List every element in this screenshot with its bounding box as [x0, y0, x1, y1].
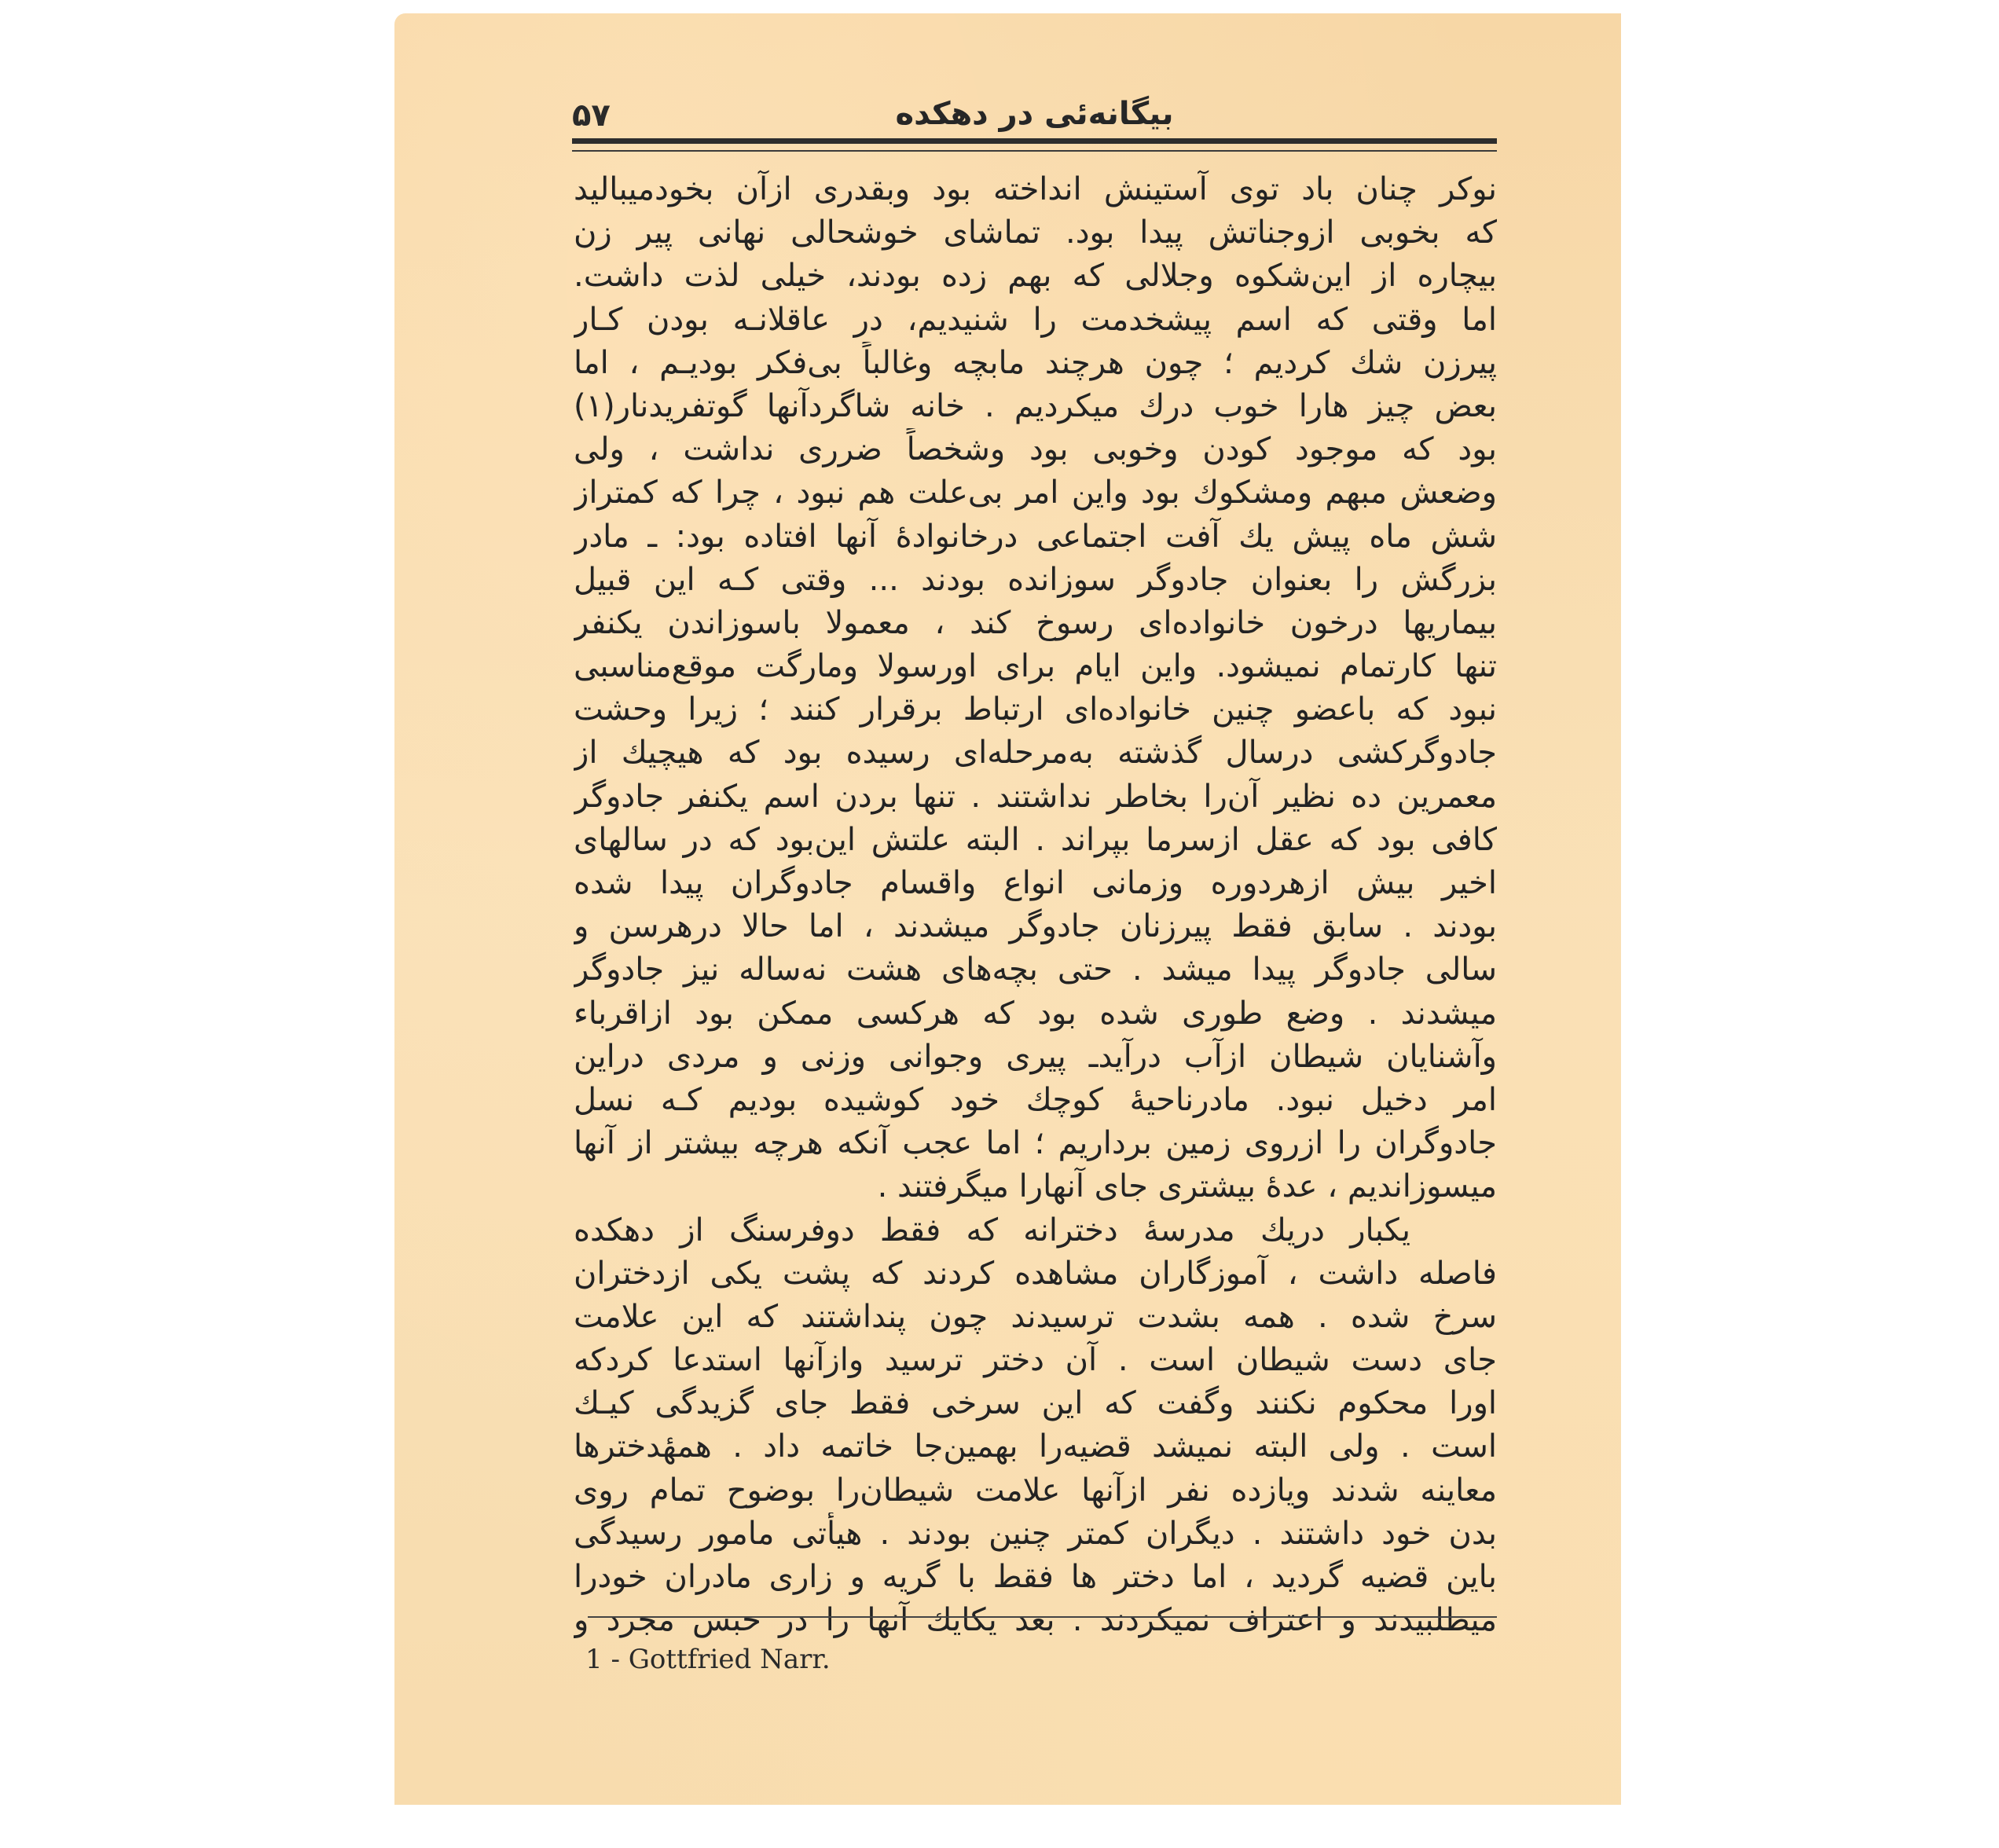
text-line: امر دخیل نبود. مادرناحیهٔ کوچك خود کوشید… — [574, 1079, 1497, 1122]
text-line: تنها کارتمام نمیشود. واین ایام برای اورس… — [574, 645, 1497, 688]
text-line: اما وقتی که اسم پیشخدمت را شنیدیم، در عا… — [574, 299, 1497, 342]
text-line: جای دست شیطان است . آن دختر ترسید وازآنه… — [574, 1339, 1497, 1382]
text-line: کافی بود که عقل ازسرما بپراند . البته عل… — [574, 819, 1497, 862]
text-line: بزرگش را بعنوان جادوگر سوزانده بودند ...… — [574, 559, 1497, 602]
text-line: معاینه شدند ویازده نفر ازآنها علامت شیطا… — [574, 1469, 1497, 1512]
running-title: بیگانه‌ئی در دهکده — [572, 96, 1497, 132]
text-line: میشدند . وضع طوری شده بود که هرکسی ممکن … — [574, 992, 1497, 1036]
text-line: شش ماه پیش یك آفت اجتماعی درخانوادهٔ آنه… — [574, 515, 1497, 559]
text-line: معمرین ده نظیر آن‌را بخاطر نداشتند . تنه… — [574, 775, 1497, 819]
text-line: میسوزاندیم ، عدهٔ بیشتری جای آنهارا میگر… — [574, 1165, 1497, 1208]
footnote-rule — [588, 1616, 1497, 1618]
text-line: وآشنایان شیطان ازآب درآیدـ پیری وجوانی و… — [574, 1036, 1497, 1079]
page-header: ۵۷ بیگانه‌ئی در دهکده — [572, 93, 1497, 140]
text-line: سالی جادوگر پیدا میشد . حتی بچه‌های هشت … — [574, 948, 1497, 992]
text-line: اورا محکوم نکنند وگفت که این سرخی فقط جا… — [574, 1382, 1497, 1425]
text-line: نبود که باعضو چنین خانواده‌ای ارتباط برق… — [574, 688, 1497, 731]
text-line: بودند . سابق فقط پیرزنان جادوگر میشدند ،… — [574, 905, 1497, 948]
text-line: یکبار دریك مدرسهٔ دخترانه که فقط دوفرسنگ… — [574, 1209, 1497, 1252]
text-line: میطلبیدند و اعتراف نمیکردند . بعد یکایك … — [574, 1599, 1497, 1642]
text-line: بود که موجود کودن وخوبی بود وشخصاً ضرری … — [574, 428, 1497, 471]
text-line: وضعش مبهم ومشکوك بود واین امر بی‌علت هم … — [574, 471, 1497, 515]
footnote: 1 - Gottfried Narr. — [585, 1644, 831, 1675]
text-line: نوکر چنان باد توی آستینش انداخته بود وبق… — [574, 168, 1497, 211]
header-rule-thick — [572, 138, 1497, 144]
text-line: فاصله داشت ، آموزگاران مشاهده کردند که پ… — [574, 1252, 1497, 1296]
text-line: بعض چیز هارا خوب درك میکردیم . خانه شاگر… — [574, 385, 1497, 428]
body-text: نوکر چنان باد توی آستینش انداخته بود وبق… — [574, 168, 1497, 1642]
header-rule-thin — [572, 150, 1497, 152]
text-line: بدن خود داشتند . دیگران کمتر چنین بودند … — [574, 1512, 1497, 1556]
text-line: است . ولی البته نمیشد قضیه‌را بهمین‌جا خ… — [574, 1425, 1497, 1468]
text-line: جادوگرکشی درسال گذشته به‌مرحله‌ای رسیده … — [574, 731, 1497, 775]
text-line: که بخوبی ازوجناتش پیدا بود. تماشای خوشحا… — [574, 211, 1497, 255]
text-line: بیماریها درخون خانواده‌ای رسوخ کند ، معم… — [574, 602, 1497, 645]
text-line: بیچاره از این‌شکوه وجلالی که بهم زده بود… — [574, 255, 1497, 298]
text-line: باین قضیه گردید ، اما دختر ها فقط با گری… — [574, 1556, 1497, 1599]
text-line: جادوگران را ازروی زمین برداریم ؛ اما عجب… — [574, 1122, 1497, 1165]
text-line: اخیر بیش ازهردوره وزمانی انواع واقسام جا… — [574, 862, 1497, 905]
text-line: سرخ شده . همه بشدت ترسیدند چون پنداشتند … — [574, 1296, 1497, 1339]
text-line: پیرزن شك کردیم ؛ چون هرچند مابچه وغالباً… — [574, 342, 1497, 385]
